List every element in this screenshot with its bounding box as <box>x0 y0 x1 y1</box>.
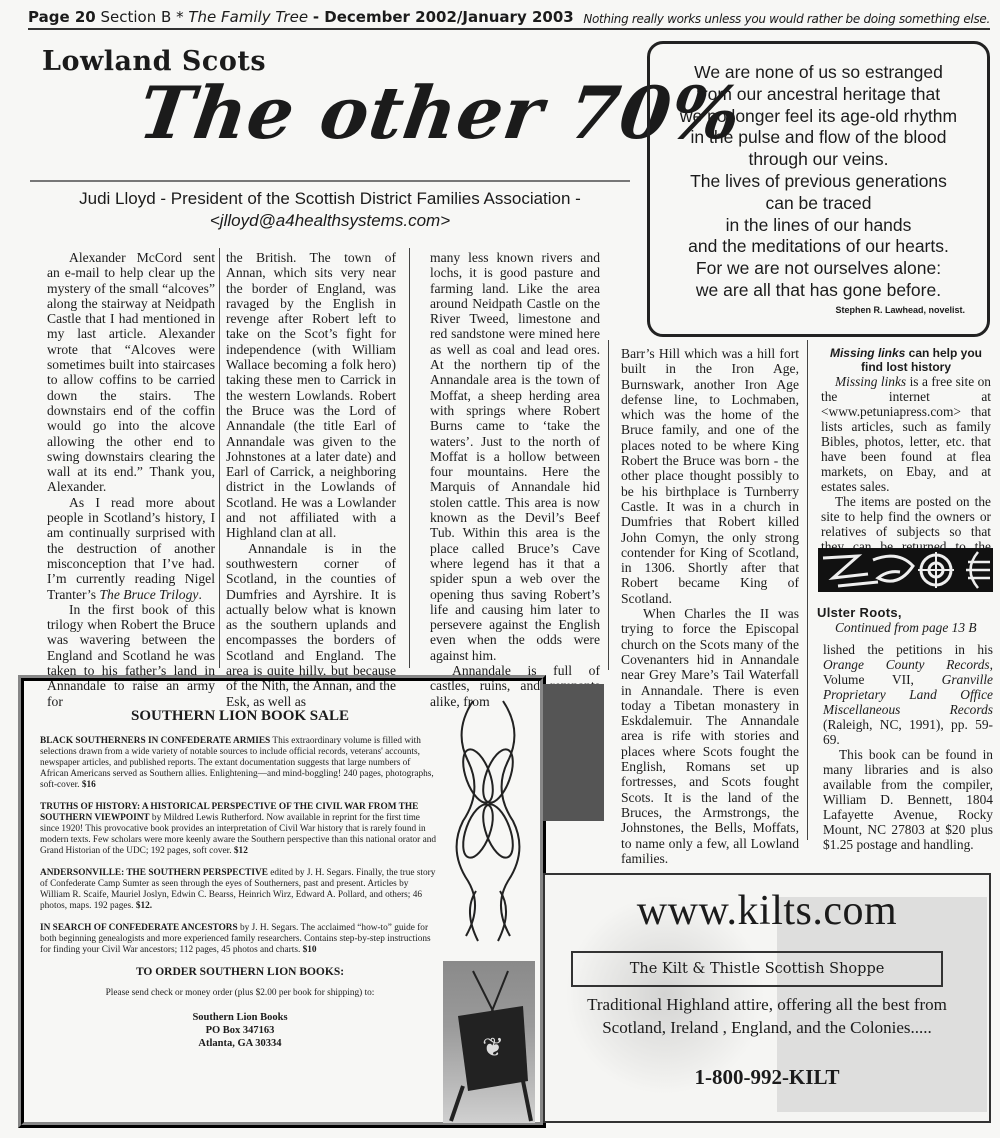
book-sale-ad: SOUTHERN LION BOOK SALE BLACK SOUTHERNER… <box>18 675 546 1128</box>
celtic-knot-icon <box>818 548 993 592</box>
site-name: Missing links <box>835 374 906 389</box>
confederate-flag-engraving: ❦ <box>443 961 535 1123</box>
book-sale-title: SOUTHERN LION BOOK SALE <box>40 711 440 722</box>
title-em: Missing links <box>830 346 905 360</box>
kilts-ad: www.kilts.com The Kilt & Thistle Scottis… <box>543 873 991 1123</box>
folio: Page 20 Section B * The Family Tree - De… <box>28 8 574 26</box>
article-paragraph: Alexander McCord sent an e-mail to help … <box>47 250 215 495</box>
article-paragraph: Barr’s Hill which was a hill fort built … <box>621 346 799 606</box>
continued-from: Continued from page 13 B <box>835 620 993 635</box>
tagline-line: Traditional Highland attire, offering al… <box>545 993 989 1016</box>
publication-name: The Family Tree <box>188 8 308 26</box>
quote-line: and the meditations of our hearts. <box>660 236 977 258</box>
gray-placeholder-box <box>543 684 604 821</box>
shop-name: The Kilt & Thistle Scottish Shoppe <box>571 951 943 987</box>
quote-line: The lives of previous generations <box>660 171 977 193</box>
book-price: $16 <box>82 780 96 790</box>
article-paragraph: the British. The town of Annan, which si… <box>226 250 396 541</box>
book-listing: BLACK SOUTHERNERS IN CONFEDERATE ARMIES … <box>40 736 440 791</box>
quote-line: from our ancestral heritage that <box>660 84 977 106</box>
byline-author: Judi Lloyd - President of the Scottish D… <box>30 188 630 210</box>
article-column-3: many less known rivers and lochs, it is … <box>430 250 600 709</box>
address-line: Atlanta, GA 30334 <box>40 1037 440 1050</box>
ulster-roots-continuation: Ulster Roots, Continued from page 13 B l… <box>817 605 993 852</box>
article-paragraph: As I read more about people in Scotland’… <box>47 495 215 602</box>
missing-links-p1: Missing links is a free site on the inte… <box>821 374 991 494</box>
book-title: Orange County Records <box>823 657 990 672</box>
celtic-knot-ornament <box>818 548 993 592</box>
section-label: Section B * <box>101 8 184 26</box>
kilts-url[interactable]: www.kilts.com <box>545 887 989 935</box>
svg-text:❦: ❦ <box>482 1033 504 1063</box>
article-column-2: the British. The town of Annan, which si… <box>226 250 396 709</box>
quote-line: in the lines of our hands <box>660 215 977 237</box>
quote-line: We are none of us so estranged <box>660 62 977 84</box>
book-listing: ANDERSONVILLE: THE SOUTHERN PERSPECTIVE … <box>40 868 440 912</box>
order-title: TO ORDER SOUTHERN LION BOOKS: <box>40 967 440 978</box>
ulster-title: Ulster Roots, <box>817 605 993 620</box>
quote-line: can be traced <box>660 193 977 215</box>
paragraph-text: is a free site on the internet at <www.p… <box>821 374 991 494</box>
paragraph-text: (Raleigh, NC, 1991), pp. 59-69. <box>823 717 993 747</box>
book-title: IN SEARCH OF CONFEDERATE ANCESTORS <box>40 923 238 933</box>
flag-emblem-icon: ❦ <box>443 961 535 1123</box>
book-title: The Bruce Trilogy <box>100 587 199 602</box>
kilts-phone: 1-800-992-KILT <box>545 1065 989 1090</box>
missing-links-brief: Missing links can help you find lost his… <box>821 346 991 569</box>
flourish-ornament-icon <box>448 691 528 951</box>
issue-date: - December 2002/January 2003 <box>313 8 574 26</box>
address-line: Southern Lion Books <box>40 1011 440 1024</box>
quote-line: in the pulse and flow of the blood <box>660 127 977 149</box>
article-paragraph: When Charles the II was trying to force … <box>621 606 799 866</box>
mailing-address: Southern Lion Books PO Box 347163 Atlant… <box>40 1011 440 1050</box>
quote-line: through our veins. <box>660 149 977 171</box>
article-paragraph: many less known rivers and lochs, it is … <box>430 250 600 663</box>
ulster-p1: lished the petitions in his Orange Count… <box>823 642 993 747</box>
book-listing: IN SEARCH OF CONFEDERATE ANCESTORS by J.… <box>40 923 440 956</box>
quote-line: For we are not ourselves alone: <box>660 258 977 280</box>
column-divider <box>219 248 220 668</box>
tagline-line: Scotland, Ireland , England, and the Col… <box>545 1016 989 1039</box>
book-price: $12 <box>234 846 248 856</box>
column-divider <box>409 248 410 668</box>
book-listing: TRUTHS OF HISTORY: A HISTORICAL PERSPECT… <box>40 802 440 857</box>
byline-email[interactable]: <jlloyd@a4healthsystems.com> <box>30 210 630 232</box>
quote-line: we are all that has gone before. <box>660 280 977 302</box>
column-divider <box>807 340 808 840</box>
article-column-1: Alexander McCord sent an e-mail to help … <box>47 250 215 709</box>
headline-rule <box>30 180 630 182</box>
paragraph-text: lished the petitions in his <box>823 642 993 657</box>
book-price: $10 <box>303 945 317 955</box>
byline: Judi Lloyd - President of the Scottish D… <box>30 188 630 232</box>
kilts-tagline: Traditional Highland attire, offering al… <box>545 993 989 1039</box>
book-title: BLACK SOUTHERNERS IN CONFEDERATE ARMIES <box>40 736 270 746</box>
quote-box: We are none of us so estranged from our … <box>647 41 990 337</box>
article-column-4: Barr’s Hill which was a hill fort built … <box>621 346 799 866</box>
quote-line: we no longer feel its age-old rhythm <box>660 106 977 128</box>
page-header: Page 20 Section B * The Family Tree - De… <box>28 4 990 30</box>
address-line: PO Box 347163 <box>40 1024 440 1037</box>
quote-attribution: Stephen R. Lawhead, novelist. <box>660 304 977 316</box>
motto: Nothing really works unless you would ra… <box>583 12 990 26</box>
order-instructions: Please send check or money order (plus $… <box>40 988 440 999</box>
book-title: ANDERSONVILLE: THE SOUTHERN PERSPECTIVE <box>40 868 268 878</box>
ulster-p2: This book can be found in many libraries… <box>823 747 993 852</box>
book-price: $12. <box>136 901 152 911</box>
page-number: Page 20 <box>28 8 96 26</box>
missing-links-title: Missing links can help you find lost his… <box>821 346 991 374</box>
column-divider <box>608 340 609 670</box>
paragraph-text: As I read more about people in Scotland’… <box>47 495 215 602</box>
